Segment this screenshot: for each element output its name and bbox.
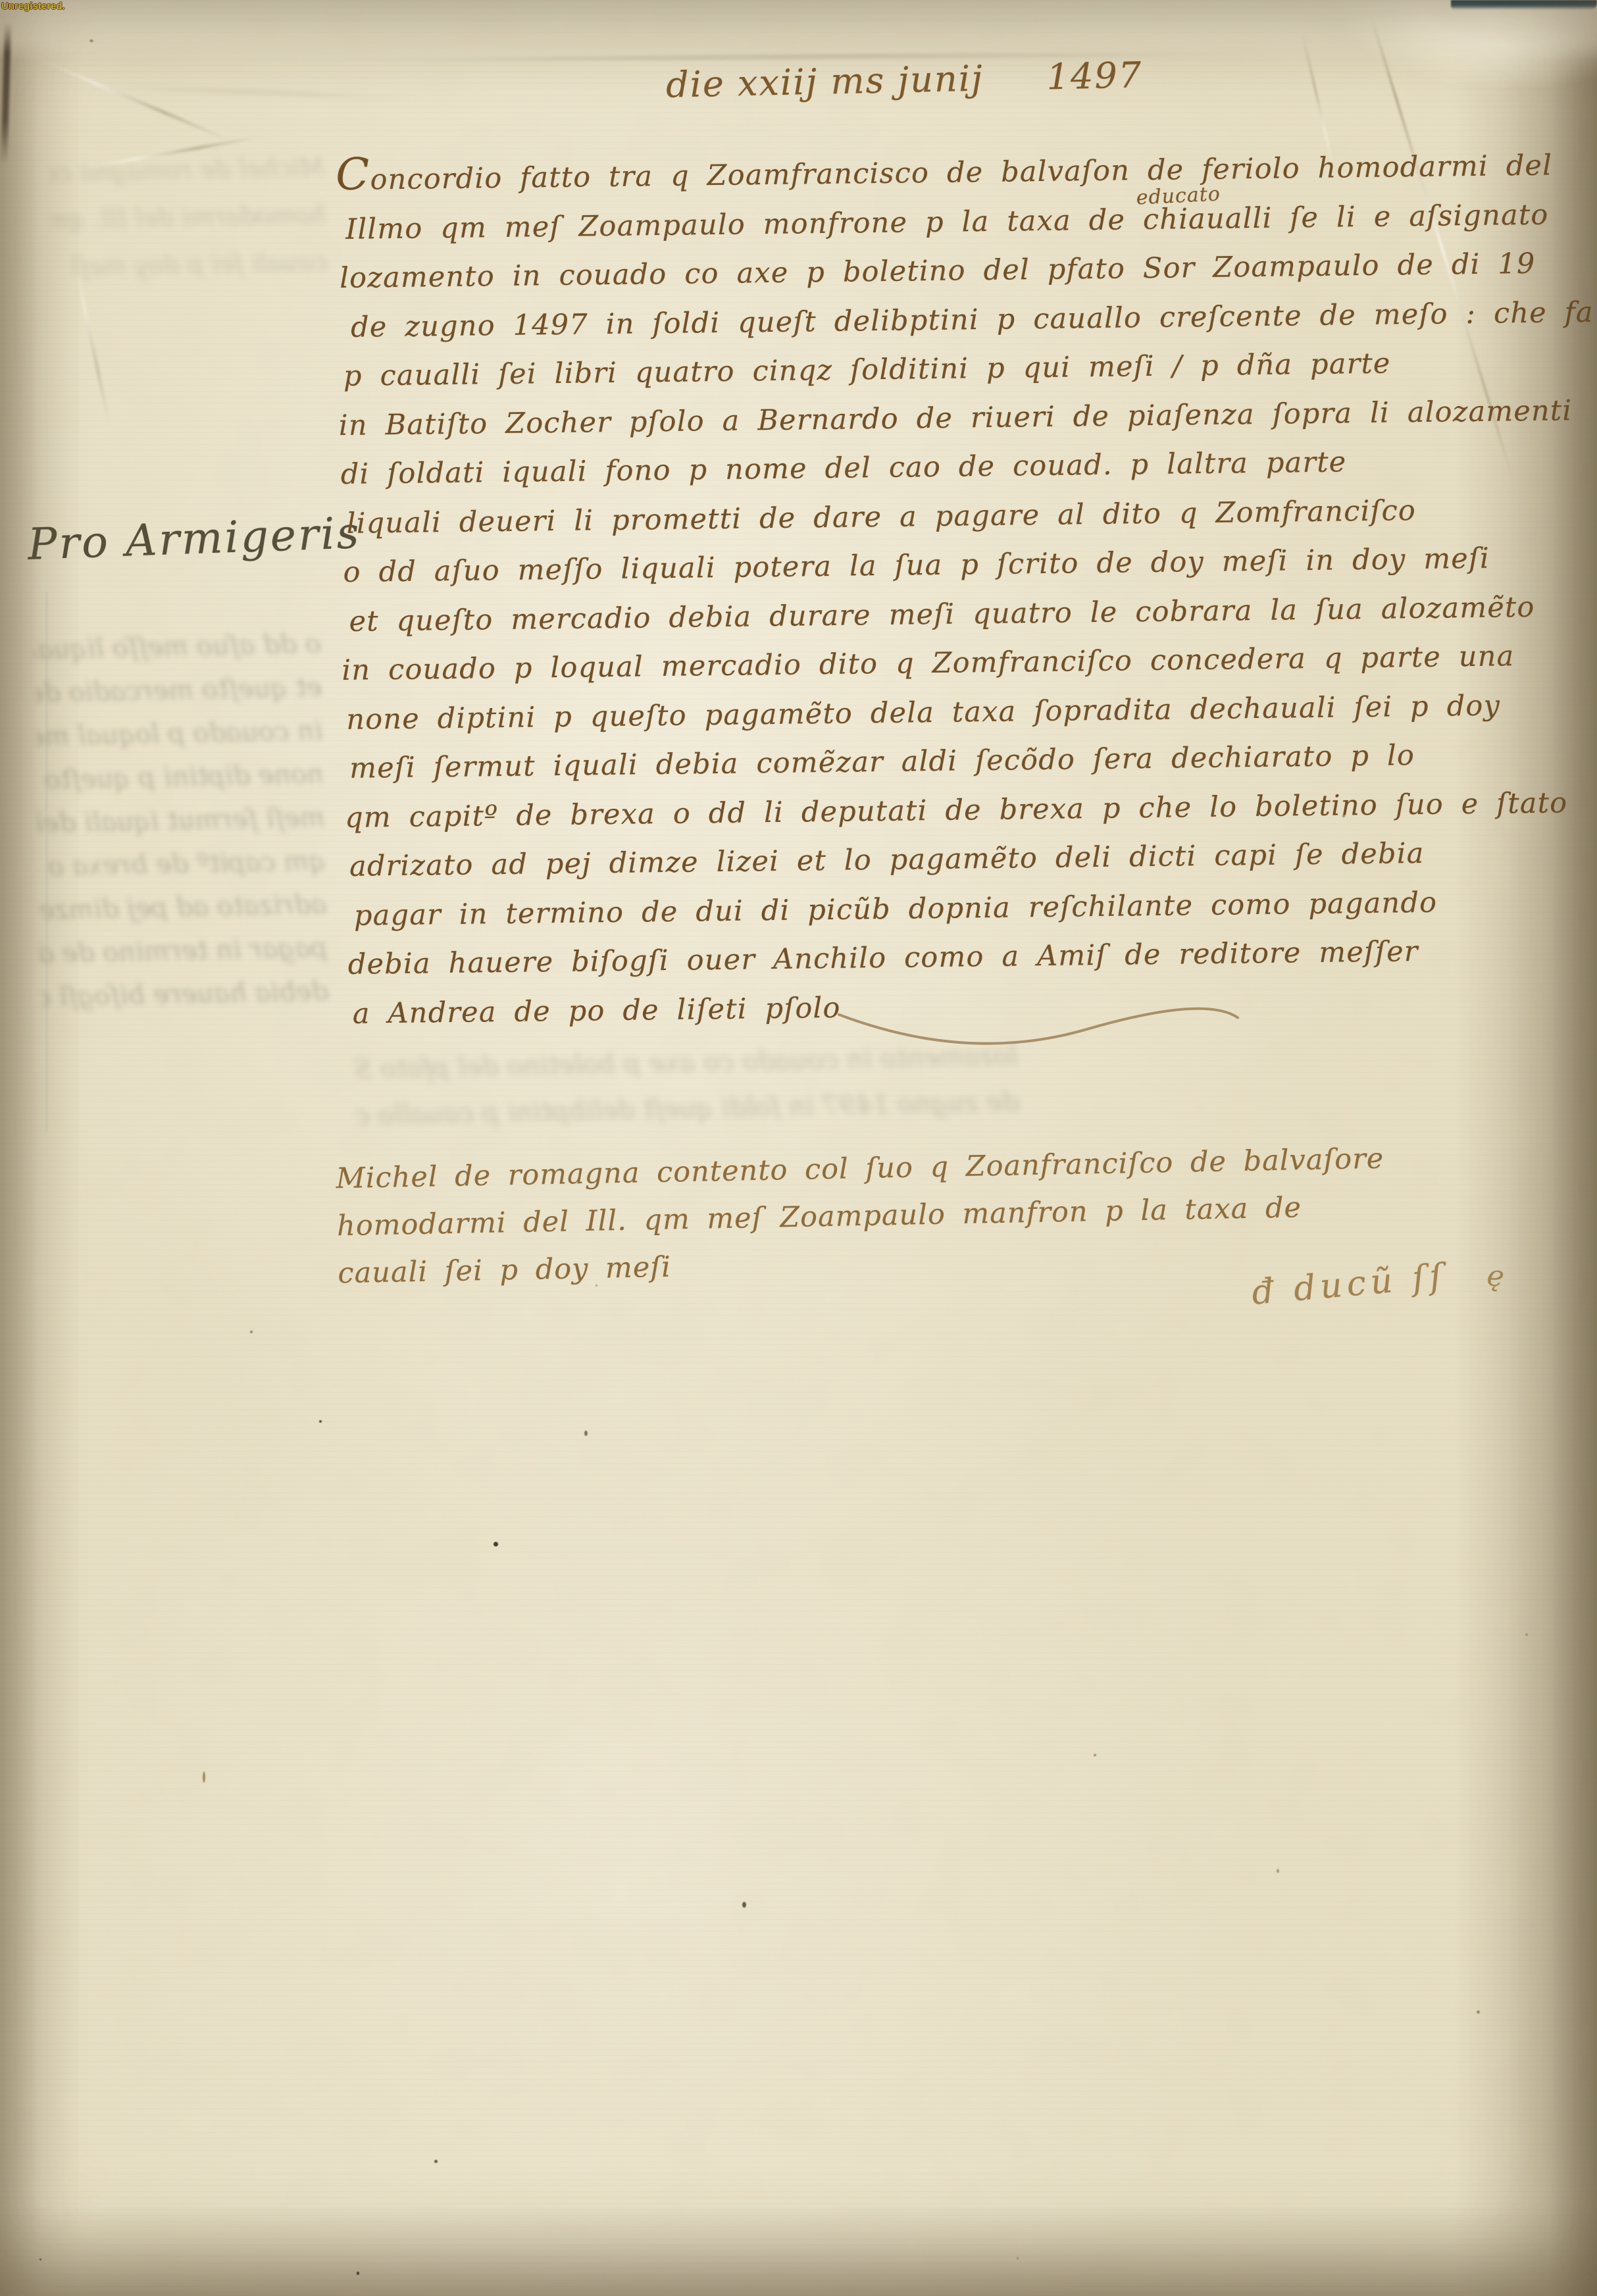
- date-heading-text: die xxiij ms junij: [665, 57, 984, 105]
- paper-top-crease-left: [0, 81, 586, 128]
- paper-speck: [434, 2160, 438, 2163]
- paper-speck: [596, 1285, 597, 1287]
- paper-speck: [39, 2258, 41, 2260]
- paper-speck: [1525, 1633, 1528, 1636]
- ghost-line: et queſto mercadio debia durare meſi qua…: [35, 665, 322, 715]
- paper-speck: [203, 1772, 205, 1783]
- paper-speck: [250, 1331, 253, 1333]
- paper-wrinkle: [80, 136, 262, 170]
- paper-speck: [776, 765, 779, 768]
- paper-speck: [584, 1431, 588, 1436]
- ghost-line: meſi ſermut iquali debia comẽzar aldi ſe…: [38, 796, 325, 845]
- scanner-background-sliver: [1451, 0, 1597, 10]
- manuscript-scan: { "scan": { "watermark": "Unregistered."…: [0, 0, 1597, 2296]
- paper-speck: [494, 1542, 498, 1546]
- main-text-block: Concordio fatto tra q Zoamfrancisco de b…: [336, 141, 1531, 1038]
- ghost-line: de zugno 1497 in ſoldi queſt delibptini …: [354, 1079, 1019, 1138]
- verso-showthrough-upper-left: Michel de romagna contento col ſuo q Zoa…: [48, 143, 328, 314]
- paper: Michel de romagna contento col ſuo q Zoa…: [0, 0, 1597, 2296]
- ghost-line: pagar in termino de dui di picũb dopnia …: [40, 926, 328, 975]
- margin-note: Pro Armigeris: [27, 507, 362, 570]
- paper-wrinkle: [73, 259, 111, 427]
- ghost-line: homodarmi del Ill. qm meſ Zoampaulo manf…: [49, 191, 326, 244]
- pen-flourish: [836, 998, 1245, 1062]
- stray-pen-mark: ę: [1485, 1259, 1506, 1294]
- paper-speck: [357, 2272, 359, 2275]
- paper-speck: [89, 39, 93, 42]
- ghost-line: in couado p loqual mercadio dito q Zomfr…: [36, 709, 323, 758]
- date-heading-year: 1497: [1046, 54, 1143, 97]
- paper-torn-notch: [1336, 0, 1597, 87]
- scanner-watermark: Unregistered.: [1, 1, 65, 12]
- postscript-block: Michel de romagna contento col ſuo q Zoa…: [336, 1135, 1386, 1298]
- ghost-line: none diptini p queſto pagamẽto dela taxa…: [36, 752, 324, 802]
- ghost-line: cauali ſei p doy meſi: [50, 238, 327, 292]
- ghost-line: debia hauere biſogſi ouer Anchilo como a…: [41, 969, 328, 1019]
- paper-speck: [1017, 2257, 1019, 2259]
- paper-speck: [1477, 2010, 1480, 2014]
- ghost-line: qm capitº de brexa o dd li deputati de b…: [38, 839, 326, 888]
- paper-speck: [1342, 815, 1345, 817]
- paper-chain-line: [46, 592, 47, 1132]
- paper-speck: [319, 1420, 322, 1423]
- verso-showthrough-left-margin: o dd aſuo meſſo liquali potera la ſua p …: [34, 623, 329, 1055]
- ghost-line: adrizato ad pej dimze lizei et lo pagamẽ…: [39, 882, 327, 932]
- paper-speck: [1277, 1869, 1279, 1873]
- interlinear-insertion: educato: [1135, 170, 1221, 222]
- paper-speck: [1094, 1754, 1096, 1756]
- ghost-line: o dd aſuo meſſo liquali potera la ſua p …: [34, 623, 321, 672]
- paper-speck: [742, 1902, 746, 1908]
